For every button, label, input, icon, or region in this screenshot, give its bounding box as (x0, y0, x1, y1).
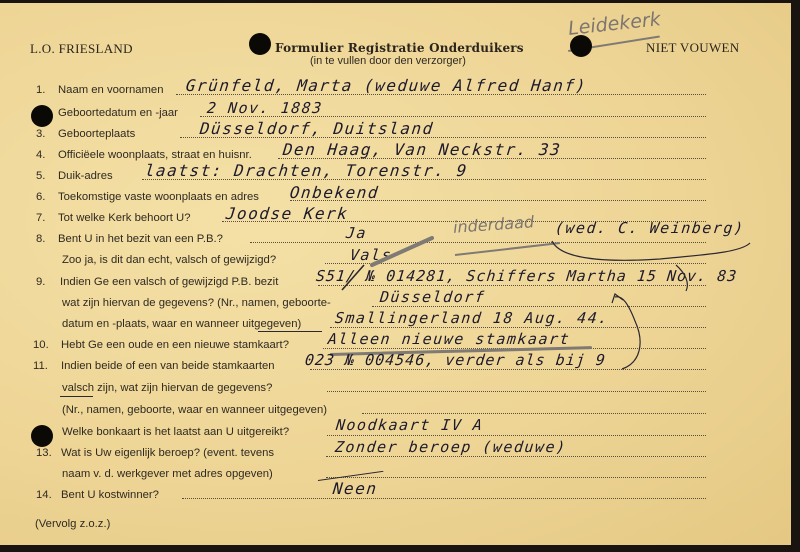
registration-form-card: L.O. FRIESLAND Formulier Registratie Ond… (0, 3, 791, 545)
annotation-marks (0, 3, 791, 545)
